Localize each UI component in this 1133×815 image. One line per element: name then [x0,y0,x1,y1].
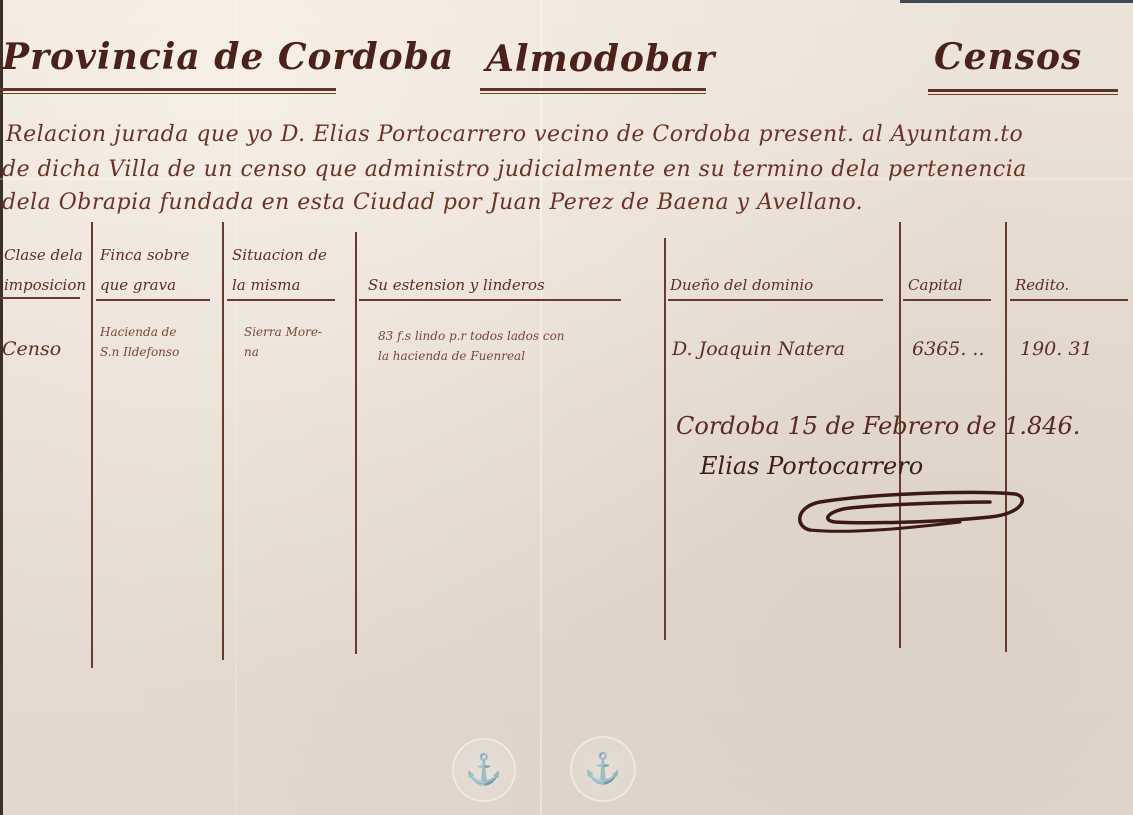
header-underline [1010,299,1128,301]
preamble-line-1: Relacion jurada que yo D. Elias Portocar… [6,122,1023,147]
header-line: Clase dela [4,240,86,270]
preamble-line-3: dela Obrapia fundada en esta Ciudad por … [2,190,863,215]
column-divider [664,238,666,640]
column-header-clase: Clase dela imposicion [4,240,86,300]
cell-dueno: D. Joaquin Natera [672,338,845,360]
embossed-seal: ⚓ [452,738,516,802]
town-title: Almodobar [486,38,715,80]
embossed-seal: ⚓ [570,736,636,802]
column-header-redito: Redito. [1015,270,1069,300]
cell-line: la hacienda de Fuenreal [378,346,565,366]
cell-line: Sierra More- [244,322,322,342]
cell-line: S.n Ildefonso [100,342,179,362]
title-underline [480,88,706,91]
cell-clase: Censo [2,338,61,360]
seal-emblem-icon: ⚓ [584,752,621,787]
column-header-situacion: Situacion de la misma [232,240,327,300]
header-line: imposicion [4,270,86,300]
cell-redito: 190. 31 [1020,338,1093,360]
cell-line: Hacienda de [100,322,179,342]
document-page: Provincia de Cordoba Almodobar Censos Re… [0,0,1133,815]
header-underline [903,299,991,301]
category-title: Censos [934,36,1082,78]
signature-rubric-icon [790,482,1030,542]
title-underline [0,88,336,91]
cell-line: 83 f.s lindo p.r todos lados con [378,326,565,346]
title-underline [928,89,1118,92]
column-header-extension: Su estension y linderos [368,270,545,300]
column-divider [355,232,357,654]
cell-extension: 83 f.s lindo p.r todos lados con la haci… [378,326,565,366]
header-line: Situacion de [232,240,327,270]
header-line: Finca sobre [100,240,189,270]
header-underline [668,299,883,301]
column-divider [222,222,224,660]
column-header-finca: Finca sobre que grava [100,240,189,300]
cell-capital: 6365. .. [912,338,985,360]
column-header-dueno: Dueño del dominio [670,270,813,300]
header-underline [0,297,80,299]
cell-situacion: Sierra More- na [244,322,322,362]
cell-finca: Hacienda de S.n Ildefonso [100,322,179,362]
province-title: Provincia de Cordoba [2,36,454,78]
preamble-line-2: de dicha Villa de un censo que administr… [2,157,1027,182]
signature: Elias Portocarrero [700,452,923,480]
header-underline [359,299,621,301]
seal-emblem-icon: ⚓ [465,753,502,788]
cell-line: na [244,342,322,362]
header-line: que grava [100,270,189,300]
header-underline [227,299,335,301]
column-header-capital: Capital [908,270,963,300]
column-divider [91,222,93,668]
closing-date: Cordoba 15 de Febrero de 1.846. [676,412,1080,440]
header-underline [96,299,210,301]
page-edge [0,0,3,815]
header-line: la misma [232,270,327,300]
page-edge-top [900,0,1133,3]
